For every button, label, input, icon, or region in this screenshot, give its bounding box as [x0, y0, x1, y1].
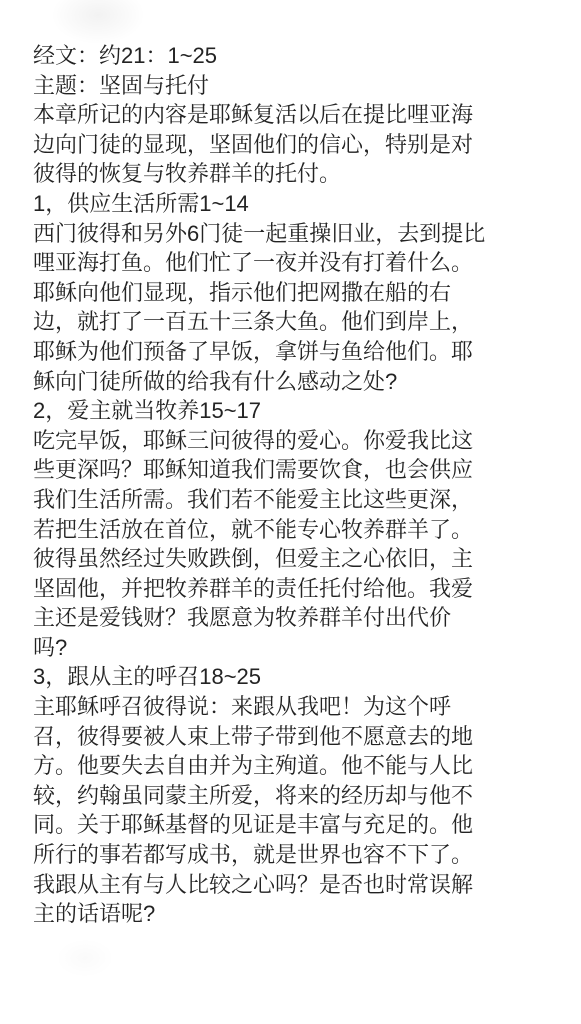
section-3-body-line: 同。关于耶稣基督的见证是丰富与充足的。他 — [33, 810, 563, 840]
section-2-body-line: 坚固他，并把牧养群羊的责任托付给他。我爱 — [33, 574, 563, 604]
top-left-smudge-artifact — [52, 0, 144, 44]
section-2-body-line: 彼得虽然经过失败跌倒，但爱主之心依旧，主 — [33, 544, 563, 574]
section-1-body-line: 边，就打了一百五十三条大鱼。他们到岸上， — [33, 307, 563, 337]
section-2-body-line: 吃完早饭，耶稣三问彼得的爱心。你爱我比这 — [33, 426, 563, 456]
section-3-body-line: 主耶稣呼召彼得说：来跟从我吧！为这个呼 — [33, 692, 563, 722]
theme-line: 主题：坚固与托付 — [33, 71, 563, 101]
section-1-body-line: 稣向门徒所做的给我有什么感动之处? — [33, 367, 563, 397]
scripture-reference-line: 经文：约21：1~25 — [33, 41, 563, 71]
section-2-body-line: 主还是爱钱财？我愿意为牧养群羊付出代价 — [33, 603, 563, 633]
intro-line: 彼得的恢复与牧养群羊的托付。 — [33, 159, 563, 189]
section-3-body-line: 较，约翰虽同蒙主所爱，将来的经历却与他不 — [33, 781, 563, 811]
section-2-body-line: 我们生活所需。我们若不能爱主比这些更深， — [33, 485, 563, 515]
section-1-heading: 1，供应生活所需1~14 — [33, 189, 563, 219]
section-1-body-line: 耶稣向他们显现，指示他们把网撒在船的右 — [33, 278, 563, 308]
section-3-body-line: 所行的事若都写成书，就是世界也容不下了。 — [33, 840, 563, 870]
section-2-body-line: 吗? — [33, 633, 563, 663]
study-note-text: 经文：约21：1~25 主题：坚固与托付 本章所记的内容是耶稣复活以后在提比哩亚… — [33, 41, 563, 929]
section-3-body-line: 召，彼得要被人束上带子带到他不愿意去的地 — [33, 722, 563, 752]
section-3-body-line: 我跟从主有与人比较之心吗？是否也时常误解 — [33, 870, 563, 900]
intro-line: 本章所记的内容是耶稣复活以后在提比哩亚海 — [33, 100, 563, 130]
bottom-smudge-artifact — [55, 938, 115, 978]
intro-line: 边向门徒的显现，坚固他们的信心，特别是对 — [33, 130, 563, 160]
section-2-body-line: 些更深吗？耶稣知道我们需要饮食，也会供应 — [33, 455, 563, 485]
section-3-heading: 3，跟从主的呼召18~25 — [33, 662, 563, 692]
section-3-body-line: 主的话语呢? — [33, 899, 563, 929]
section-1-body-line: 西门彼得和另外6门徒一起重操旧业，去到提比 — [33, 219, 563, 249]
section-2-heading: 2，爱主就当牧养15~17 — [33, 396, 563, 426]
section-3-body-line: 方。他要失去自由并为主殉道。他不能与人比 — [33, 751, 563, 781]
document-page: 经文：约21：1~25 主题：坚固与托付 本章所记的内容是耶稣复活以后在提比哩亚… — [0, 0, 581, 1024]
section-1-body-line: 耶稣为他们预备了早饭，拿饼与鱼给他们。耶 — [33, 337, 563, 367]
section-1-body-line: 哩亚海打鱼。他们忙了一夜并没有打着什么。 — [33, 248, 563, 278]
section-2-body-line: 若把生活放在首位，就不能专心牧养群羊了。 — [33, 515, 563, 545]
